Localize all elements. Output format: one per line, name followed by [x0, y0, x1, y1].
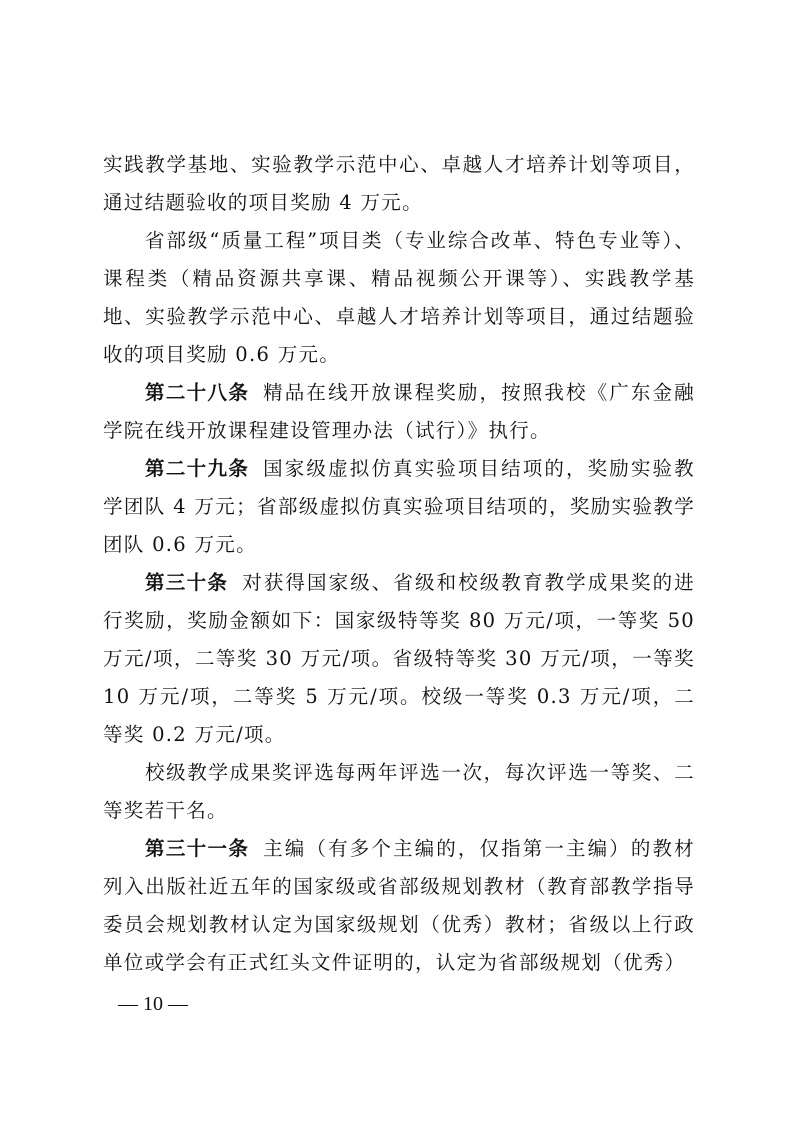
article-30: 第三十条对获得国家级、省级和校级教育教学成果奖的进行奖励，奖励金额如下：国家级特…	[103, 564, 695, 754]
paragraph-text: 校级教学成果奖评选每两年评选一次，每次评选一等奖、二等奖若干名。	[103, 761, 695, 822]
article-number: 第三十一条	[145, 837, 249, 860]
paragraph-text: 对获得国家级、省级和校级教育教学成果奖的进行奖励，奖励金额如下：国家级特等奖 8…	[103, 571, 695, 746]
article-number: 第二十八条	[145, 381, 249, 404]
paragraph-continuation: 实践教学基地、实验教学示范中心、卓越人才培养计划等项目，通过结题验收的项目奖励 …	[103, 146, 695, 222]
paragraph-text: 省部级“质量工程”项目类（专业综合改革、特色专业等）、课程类（精品资源共享课、精…	[103, 229, 695, 366]
article-31: 第三十一条主编（有多个主编的，仅指第一主编）的教材列入出版社近五年的国家级或省部…	[103, 830, 695, 982]
paragraph-text: 实践教学基地、实验教学示范中心、卓越人才培养计划等项目，通过结题验收的项目奖励 …	[103, 153, 695, 214]
document-page: 实践教学基地、实验教学示范中心、卓越人才培养计划等项目，通过结题验收的项目奖励 …	[103, 146, 695, 982]
article-29: 第二十九条国家级虚拟仿真实验项目结项的，奖励实验教学团队 4 万元；省部级虚拟仿…	[103, 450, 695, 564]
article-28: 第二十八条精品在线开放课程奖励，按照我校《广东金融学院在线开放课程建设管理办法（…	[103, 374, 695, 450]
page-number: — 10 —	[118, 993, 188, 1016]
paragraph-provincial-projects: 省部级“质量工程”项目类（专业综合改革、特色专业等）、课程类（精品资源共享课、精…	[103, 222, 695, 374]
article-number: 第三十条	[145, 571, 228, 594]
article-number: 第二十九条	[145, 457, 249, 480]
paragraph-school-award-selection: 校级教学成果奖评选每两年评选一次，每次评选一等奖、二等奖若干名。	[103, 754, 695, 830]
